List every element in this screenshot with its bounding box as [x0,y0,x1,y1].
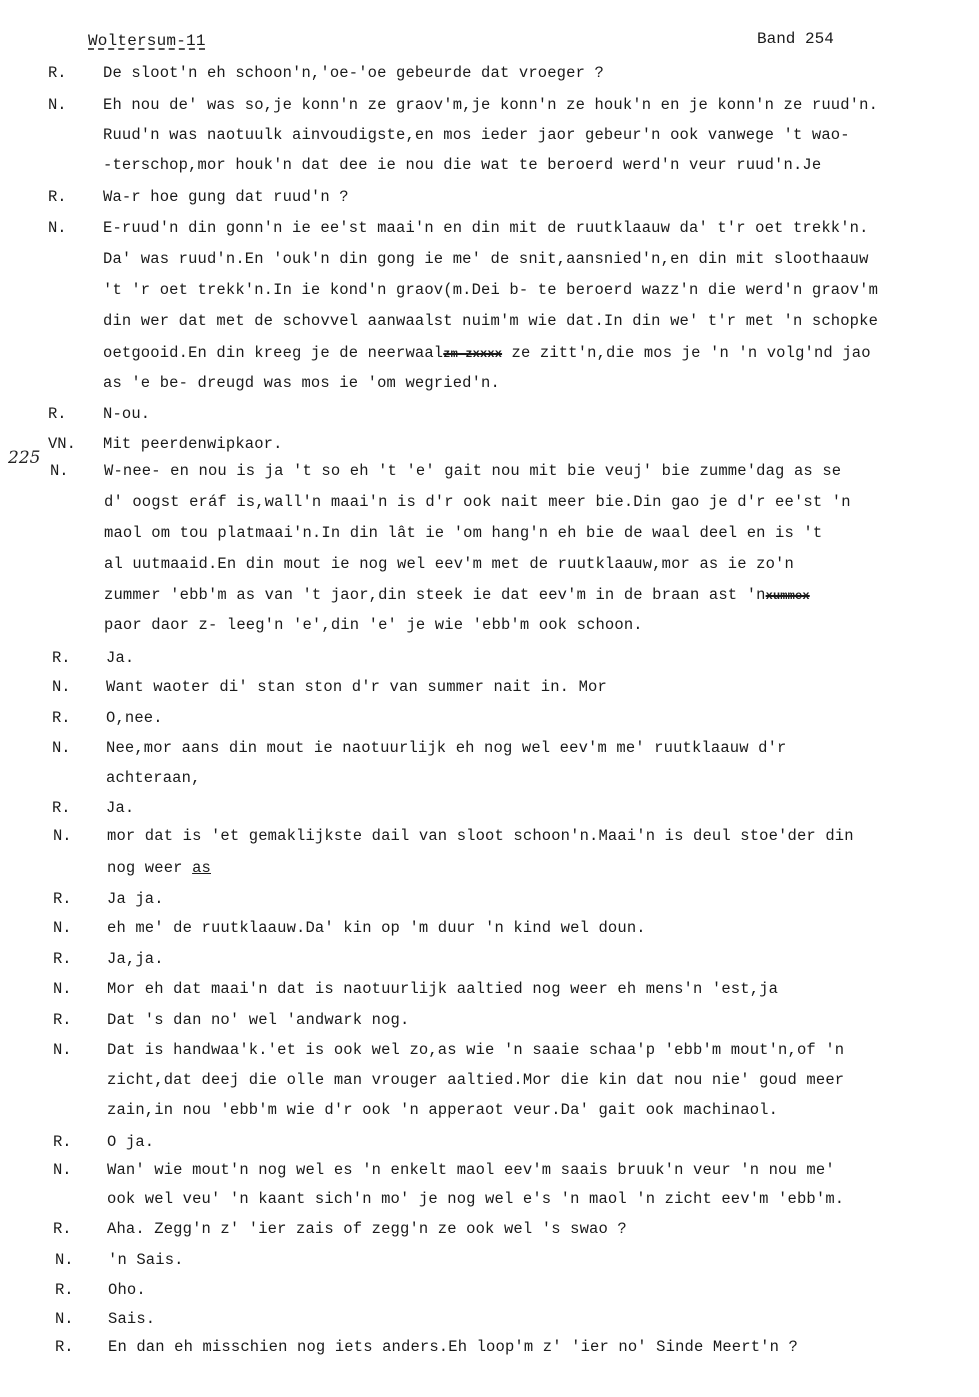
transcript-line: De sloot'n eh schoon'n,'oe-'oe gebeurde … [103,64,604,82]
transcript-line: Ja. [106,649,134,667]
transcript-line: O,nee. [106,709,163,727]
transcript-line: Eh nou de' was so,je konn'n ze graov'm,j… [103,96,878,114]
transcript-line: al uutmaaid.En din mout ie nog wel eev'm… [104,555,794,573]
speaker-label: R. [52,799,71,817]
document-title: Woltersum-11 [88,32,206,50]
transcript-line: 't 'r oet trekk'n.In ie kond'n graov(m.D… [103,281,878,299]
line-text: ze zitt'n,die mos je 'n 'n volg'nd jao [502,344,871,362]
transcript-line: Ja. [106,799,134,817]
transcript-line: zicht,dat deej die olle man vrouger aalt… [107,1071,844,1089]
transcript-line: mor dat is 'et gemaklijkste dail van slo… [107,827,854,845]
line-text: zummer 'ebb'm as van 't jaor,din steek i… [104,586,766,604]
transcript-line: Ja ja. [107,890,164,908]
transcript-line: Da' was ruud'n.En 'ouk'n din gong ie me'… [103,250,869,268]
speaker-label: R. [48,405,67,423]
speaker-label: N. [48,96,67,114]
transcript-line: Nee,mor aans din mout ie naotuurlijk eh … [106,739,787,757]
transcript-line: Oho. [108,1281,146,1299]
transcript-line: Mor eh dat maai'n dat is naotuurlijk aal… [107,980,778,998]
speaker-label: N. [52,739,71,757]
speaker-label: N. [53,919,72,937]
speaker-label: N. [53,980,72,998]
transcript-line: nog weer as [107,859,211,877]
speaker-label: R. [55,1338,74,1356]
transcript-line: Aha. Zegg'n z' 'ier zais of zegg'n ze oo… [107,1220,627,1238]
speaker-label: N. [53,1161,72,1179]
transcript-page: Woltersum-11 Band 254 225 R. De sloot'n … [0,0,979,1397]
speaker-label: R. [55,1281,74,1299]
speaker-label: R. [48,188,67,206]
transcript-line: E-ruud'n din gonn'n ie ee'st maai'n en d… [103,219,869,237]
transcript-line: En dan eh misschien nog iets anders.Eh l… [108,1338,798,1356]
speaker-label: R. [53,1133,72,1151]
speaker-label: R. [48,64,67,82]
transcript-line: achteraan, [106,769,201,787]
transcript-line: din wer dat met de schovvel aanwaalst nu… [103,312,878,330]
speaker-label: N. [48,219,67,237]
transcript-line: eh me' de ruutklaauw.Da' kin op 'm duur … [107,919,646,937]
struck-out-text: zm zxxxx [443,347,502,361]
transcript-line: Sais. [108,1310,155,1328]
transcript-line: O ja. [107,1133,154,1151]
speaker-label: R. [53,1220,72,1238]
transcript-line: 'n Sais. [108,1251,184,1269]
line-text: nog weer [107,859,192,877]
transcript-line: maol om tou platmaai'n.In din lât ie 'om… [104,524,822,542]
transcript-line: Want waoter di' stan ston d'r van summer… [106,678,607,696]
speaker-label: R. [53,890,72,908]
transcript-line: -terschop,mor houk'n dat dee ie nou die … [103,156,821,174]
transcript-line: Wa-r hoe gung dat ruud'n ? [103,188,349,206]
speaker-label: N. [53,1041,72,1059]
transcript-line: paor daor z- leeg'n 'e',din 'e' je wie '… [104,616,643,634]
speaker-label: N. [52,678,71,696]
speaker-label: R. [53,950,72,968]
transcript-line: N-ou. [103,405,150,423]
handwritten-margin-note: 225 [8,448,40,468]
transcript-line: as 'e be- dreugd was mos ie 'om wegried'… [103,374,500,392]
speaker-label: R. [53,1011,72,1029]
transcript-line: Ja,ja. [107,950,164,968]
speaker-label: N. [53,827,72,845]
transcript-line: d' oogst eráf is,wall'n maai'n is d'r oo… [104,493,851,511]
transcript-line: Mit peerdenwipkaor. [103,435,283,453]
speaker-label: R. [52,649,71,667]
band-label: Band 254 [757,30,834,48]
transcript-line: oetgooid.En din kreeg je de neerwaalzm z… [103,344,871,362]
speaker-label: VN. [48,435,76,453]
speaker-label: N. [55,1310,74,1328]
line-text: oetgooid.En din kreeg je de neerwaal [103,344,443,362]
transcript-line: Dat is handwaa'k.'et is ook wel zo,as wi… [107,1041,844,1059]
transcript-line: ook wel veu' 'n kaant sich'n mo' je nog … [107,1190,844,1208]
transcript-line: Wan' wie mout'n nog wel es 'n enkelt mao… [107,1161,835,1179]
transcript-line: zummer 'ebb'm as van 't jaor,din steek i… [104,586,810,604]
underlined-word: as [192,859,211,877]
speaker-label: N. [55,1251,74,1269]
transcript-line: Ruud'n was naotuulk ainvoudigste,en mos … [103,126,850,144]
speaker-label: R. [52,709,71,727]
title-text: Woltersum-11 [88,32,206,50]
transcript-line: zain,in nou 'ebb'm wie d'r ook 'n appera… [107,1101,778,1119]
struck-out-text: xummex [766,589,810,603]
transcript-line: W-nee- en nou is ja 't so eh 't 'e' gait… [104,462,841,480]
transcript-line: Dat 's dan no' wel 'andwark nog. [107,1011,409,1029]
speaker-label: N. [50,462,69,480]
